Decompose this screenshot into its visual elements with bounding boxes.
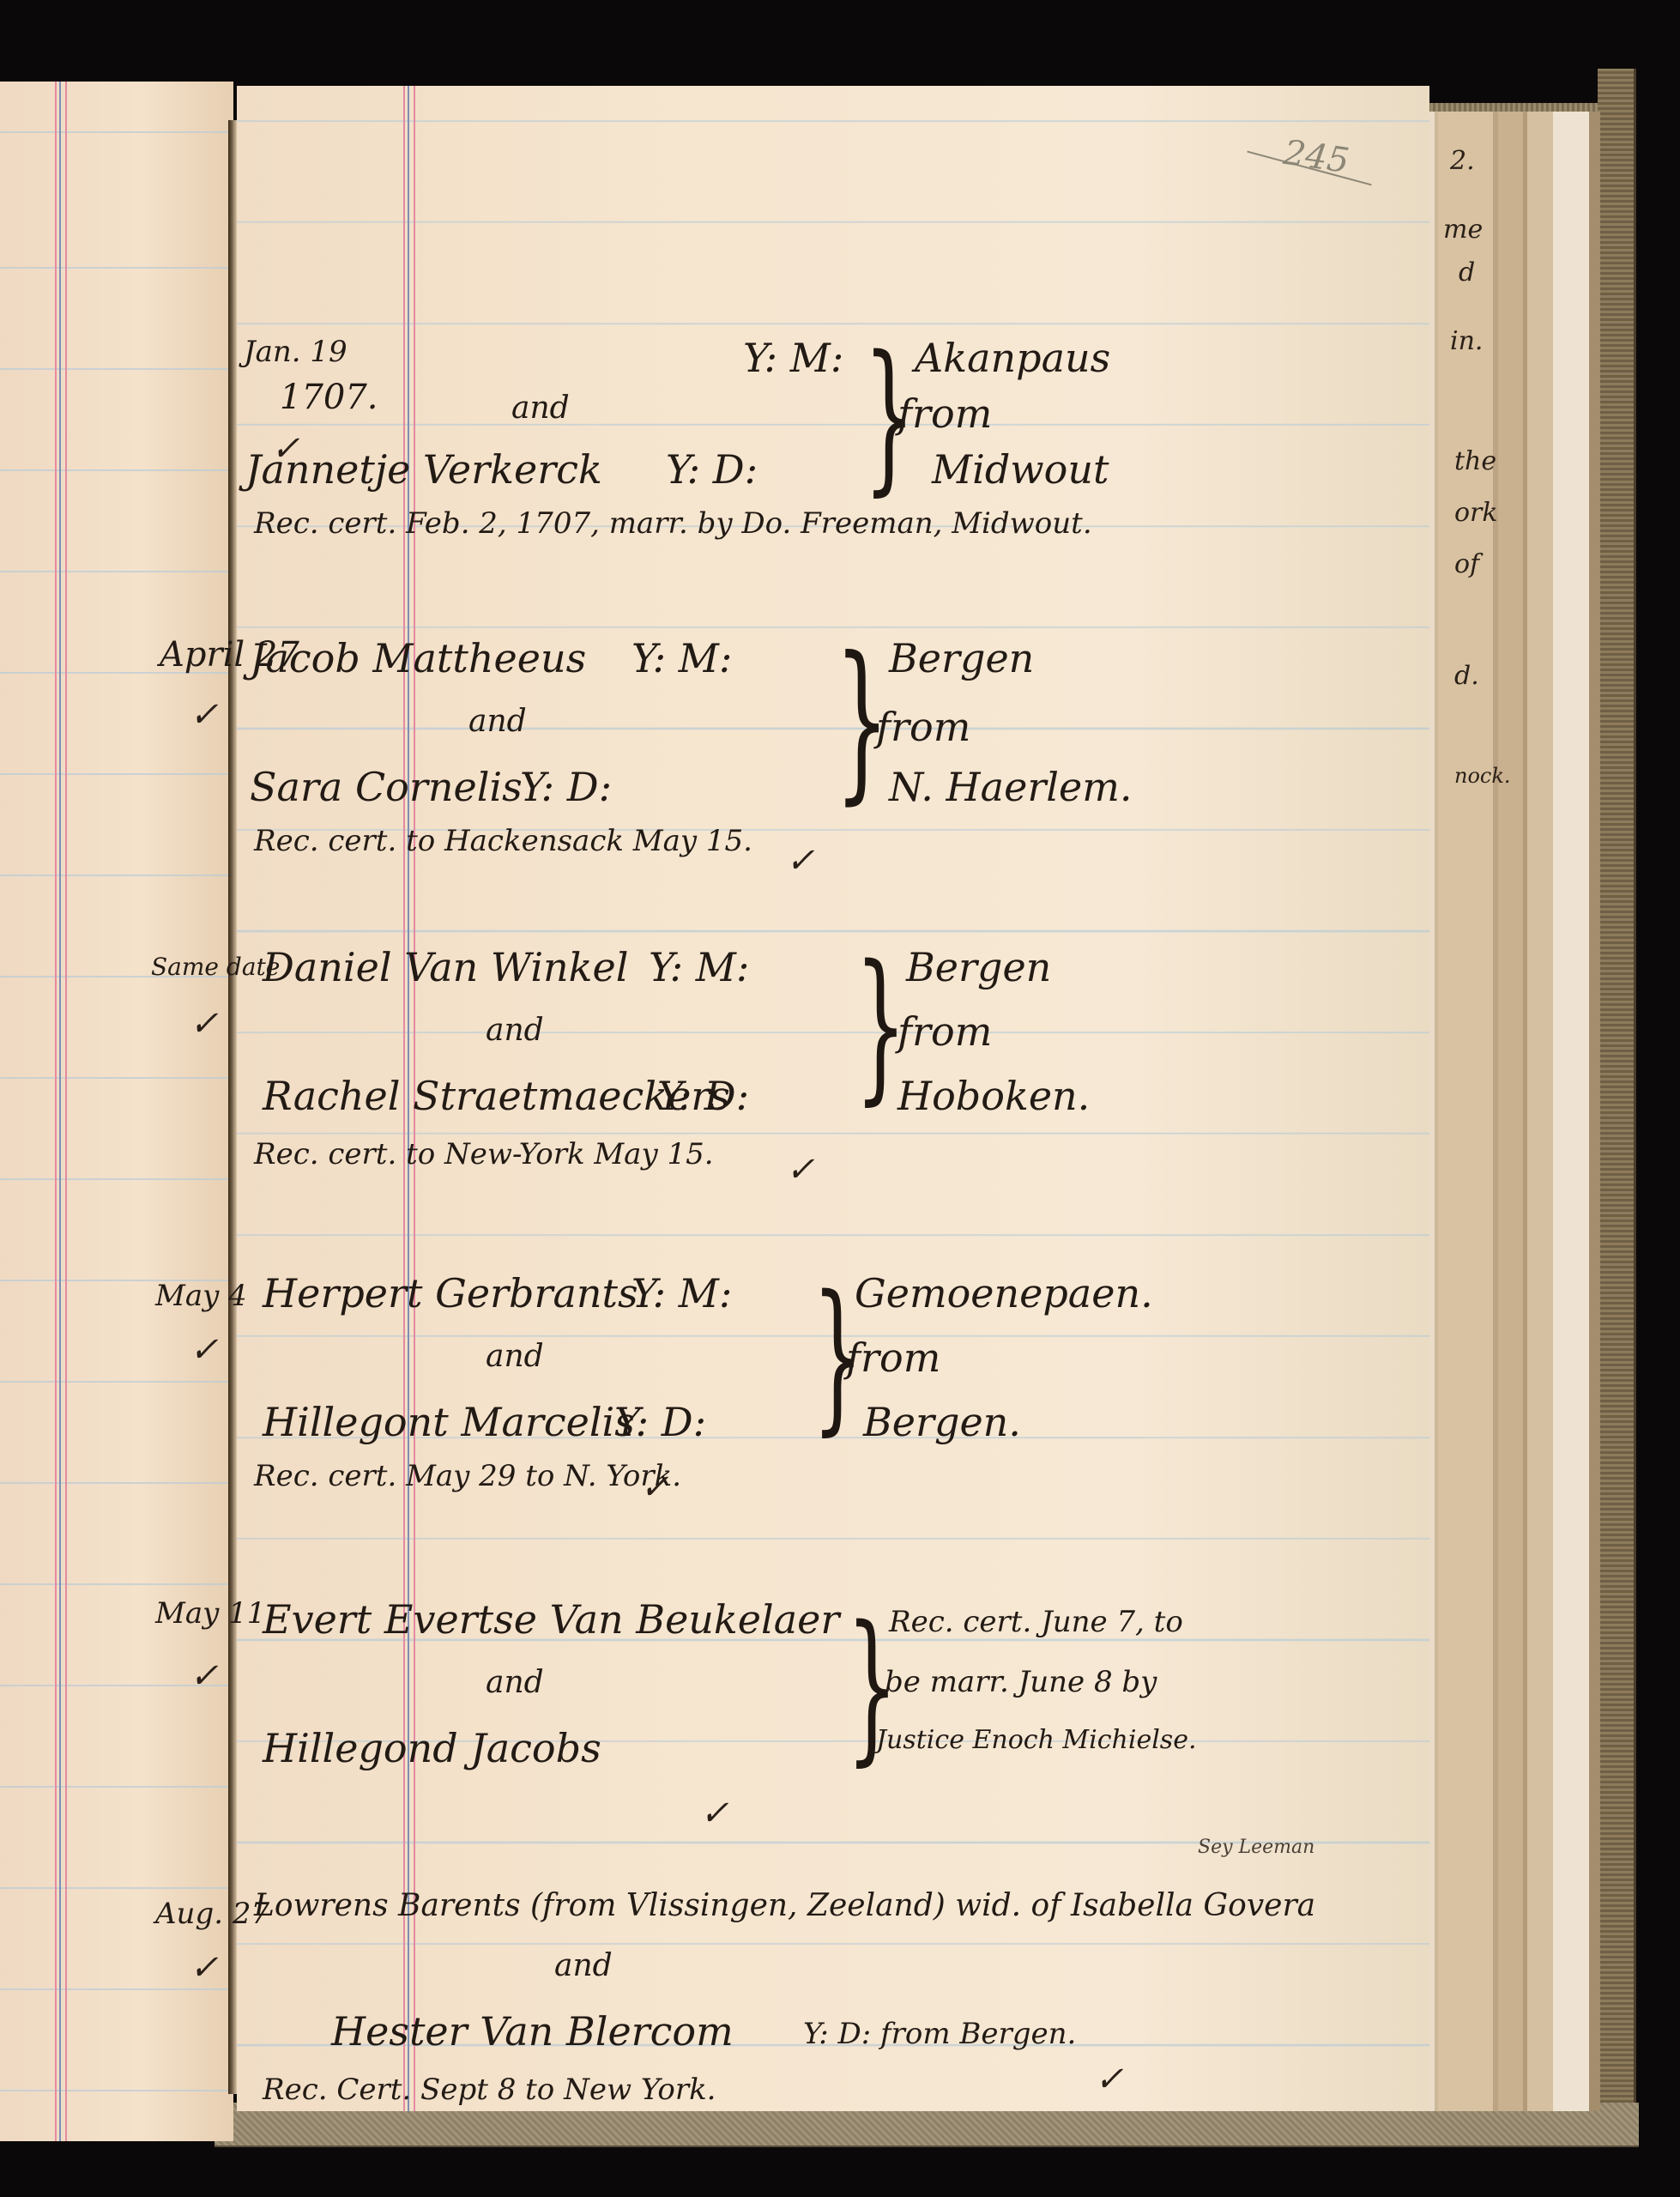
conjunction: and	[486, 1665, 544, 1700]
place-line: from	[846, 1335, 940, 1381]
place-line: from	[897, 390, 992, 437]
entry-date: Jan. 19	[244, 335, 347, 369]
groom-status: Y: M:	[743, 335, 843, 381]
groom-status: Y: M:	[649, 944, 749, 990]
entry-date: May 4	[155, 1279, 247, 1313]
check-mark: ✓	[786, 1150, 815, 1189]
open-ledger-book: 2. me d in. the ork of d. nock. 245 Jan.…	[0, 34, 1639, 2163]
conjunction: and	[468, 704, 527, 739]
check-mark: ✓	[190, 1004, 219, 1044]
bride-name: Hester Van Blercom	[331, 2008, 734, 2055]
place-line: Justice Enoch Michielse.	[876, 1725, 1197, 1755]
groom-name: Jacob Mattheeus	[250, 635, 586, 681]
bride-name: Hillegont Marcelis	[263, 1399, 635, 1445]
place-line: Rec. cert. June 7, to	[889, 1605, 1183, 1639]
groom-name: Herpert Gerbrants	[263, 1270, 638, 1316]
entry-year: 1707.	[280, 378, 378, 417]
entry-date: Aug. 27	[155, 1897, 269, 1931]
conjunction: and	[486, 1013, 544, 1048]
left-page-blank	[0, 82, 233, 2141]
certificate-note: Rec. Cert. Sept 8 to New York.	[263, 2073, 716, 2107]
check-mark: ✓	[190, 1656, 219, 1696]
ruled-lines	[0, 82, 233, 2141]
bride-name: Sara Cornelis	[250, 764, 523, 810]
book-gutter	[228, 120, 237, 2094]
place-line: Bergen.	[863, 1399, 1021, 1445]
check-mark: ✓	[640, 1468, 669, 1507]
groom-name: Daniel Van Winkel	[263, 944, 629, 990]
certificate-note: Rec. cert. to Hackensack May 15.	[254, 824, 752, 858]
bride-status: Y: D:	[666, 446, 758, 493]
facing-fragment: the	[1454, 446, 1496, 476]
place-line: be marr. June 8 by	[885, 1665, 1157, 1699]
facing-fragment: 2.	[1450, 146, 1475, 176]
conjunction: and	[511, 390, 570, 426]
conjunction: and	[554, 1948, 613, 1983]
groom-status: Y: M:	[632, 635, 732, 681]
certificate-note: Rec. cert. Feb. 2, 1707, marr. by Do. Fr…	[254, 506, 1092, 541]
facing-fragment: in.	[1450, 326, 1483, 356]
check-mark: ✓	[1095, 2060, 1124, 2099]
check-mark: ✓	[786, 841, 815, 881]
check-mark: ✓	[700, 1794, 729, 1833]
binding-cloth-spine-edge	[1598, 69, 1636, 2128]
bride-status: Y: D:	[614, 1399, 706, 1445]
groom-name: Evert Evertse Van Beukelaer	[263, 1596, 839, 1643]
margin-annotation: Sey Leeman	[1198, 1837, 1314, 1858]
facing-fragment: of	[1454, 549, 1479, 579]
bride-status: Y: D:	[657, 1073, 749, 1119]
margin-rule	[55, 82, 67, 2141]
bride-name: Hillegond Jacobs	[263, 1725, 601, 1771]
stacked-page-edges: 2. me d in. the ork of d. nock.	[1424, 112, 1600, 2111]
facing-fragment: ork	[1454, 498, 1498, 528]
check-mark: ✓	[190, 1330, 219, 1370]
certificate-note: Rec. cert. May 29 to N. York.	[254, 1459, 681, 1493]
facing-fragment: nock.	[1454, 764, 1511, 788]
right-page-register: 245 Jan. 19 1707. ✓ Y: M: and Jannetje V…	[237, 86, 1429, 2111]
entry-date: May 11	[155, 1596, 265, 1631]
entry-date: Same date	[151, 953, 280, 981]
place-line: Bergen	[906, 944, 1051, 990]
place-line: Akanpaus	[915, 335, 1110, 381]
bride-status: Y: D:	[520, 764, 612, 810]
place-line: Gemoenepaen.	[855, 1270, 1153, 1316]
place-line: N. Haerlem.	[889, 764, 1132, 810]
facing-fragment: d	[1459, 257, 1475, 287]
bride-name: Jannetje Verkerck	[245, 446, 602, 493]
place-line: from	[876, 704, 970, 750]
place-line: Bergen	[889, 635, 1034, 681]
groom-status: Y: M:	[632, 1270, 732, 1316]
bride-status: Y: D: from Bergen.	[803, 2017, 1076, 2051]
check-mark: ✓	[190, 695, 219, 735]
place-line: Hoboken.	[897, 1073, 1090, 1119]
place-line: from	[897, 1008, 992, 1055]
check-mark: ✓	[190, 1948, 219, 1988]
conjunction: and	[486, 1339, 544, 1374]
facing-fragment: me	[1443, 215, 1483, 245]
place-line: Midwout	[932, 446, 1109, 493]
facing-fragment: d.	[1454, 661, 1479, 691]
certificate-note: Rec. cert. to New-York May 15.	[254, 1137, 714, 1171]
groom-name: Lowrens Barents (from Vlissingen, Zeelan…	[254, 1888, 1315, 1923]
